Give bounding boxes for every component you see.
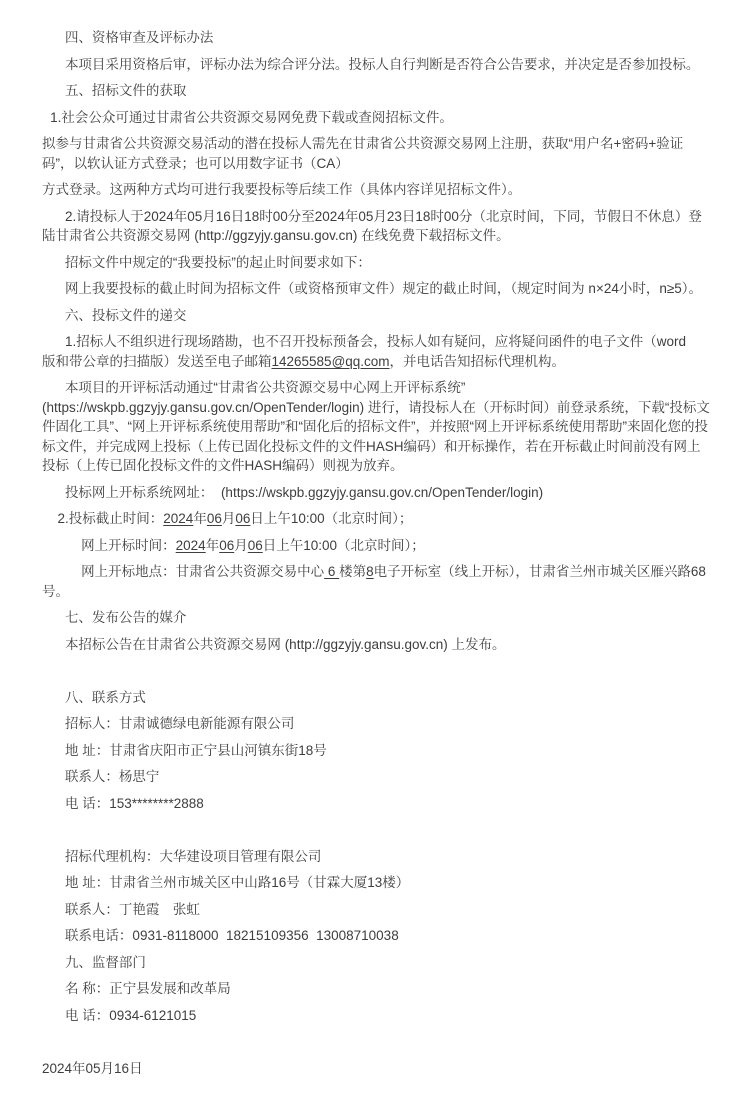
text-run: 2.请投标人于2024年05月16日18时00分至2024年05月23日18时0… — [42, 209, 702, 244]
text-run: 月 — [234, 538, 248, 553]
text-run: 网上我要投标的截止时间为招标文件（或资格预审文件）规定的截止时间，（规定时间为 … — [65, 281, 702, 296]
text-run: 2024 — [163, 511, 193, 526]
section-5-heading: 五、招标文件的获取 — [42, 81, 712, 101]
para-tenderer-address: 地 址：甘肃省庆阳市正宁县山河镇东街18号 — [42, 741, 712, 761]
text-run: 06 — [219, 538, 234, 553]
text-run: 七、发布公告的媒介 — [65, 610, 187, 625]
section-8-heading: 八、联系方式 — [42, 688, 712, 708]
para-tenderer-phone: 电 话：153********2888 — [42, 794, 712, 814]
section-6-heading: 六、投标文件的递交 — [42, 306, 712, 326]
text-run: 招标人：甘肃诚德绿电新能源有限公司 — [65, 716, 295, 731]
text-run: 联系人：丁艳霞 张虹 — [65, 902, 200, 917]
para-opening-place: 网上开标地点：甘肃省公共资源交易中心 6 楼第8电子开标室（线上开标），甘肃省兰… — [42, 562, 712, 601]
text-run: 六、投标文件的递交 — [65, 308, 187, 323]
para-no-site-visit: 1.招标人不组织进行现场踏勘，也不召开投标预备会，投标人如有疑问，应将疑问函件的… — [42, 332, 712, 371]
text-run: 月 — [222, 511, 236, 526]
section-4-heading: 四、资格审查及评标办法 — [42, 28, 712, 48]
text-run: 方式登录。这两种方式均可进行我要投标等后续工作（具体内容详见招标文件）。 — [42, 182, 521, 197]
text-run: 6 — [324, 564, 339, 579]
text-run: 网上开标地点：甘肃省公共资源交易中心 — [81, 564, 324, 579]
text-run: 拟参与甘肃省公共资源交易活动的潜在投标人需先在甘肃省公共资源交易网上注册，获取“… — [42, 136, 683, 171]
text-run: 年 — [206, 538, 220, 553]
para-opening-system-url: 投标网上开标系统网址： (https://wskpb.ggzyjy.gansu.… — [42, 483, 712, 503]
para-registration: 拟参与甘肃省公共资源交易活动的潜在投标人需先在甘肃省公共资源交易网上注册，获取“… — [42, 134, 712, 173]
para-login-methods: 方式登录。这两种方式均可进行我要投标等后续工作（具体内容详见招标文件）。 — [42, 180, 712, 200]
text-run: 招标代理机构：大华建设项目管理有限公司 — [65, 849, 322, 864]
para-evaluation-method: 本项目采用资格后审，评标办法为综合评分法。投标人自行判断是否符合公告要求，并决定… — [42, 55, 712, 75]
text-run: 八、联系方式 — [65, 690, 146, 705]
text-run: 1.社会公众可通过甘肃省公共资源交易网免费下载或查阅招标文件。 — [50, 110, 453, 125]
para-online-bid-opening: 本项目的开评标活动通过“甘肃省公共资源交易中心网上开评标系统” (https:/… — [42, 378, 712, 476]
text-run: 06 — [235, 511, 250, 526]
blank-line — [42, 661, 712, 681]
para-agency-contact: 联系人：丁艳霞 张虹 — [42, 900, 712, 920]
text-run: 日上午10:00（北京时间）； — [250, 511, 412, 526]
para-agency-name: 招标代理机构：大华建设项目管理有限公司 — [42, 847, 712, 867]
para-bid-deadline: 2.投标截止时间：2024年06月06日上午10:00（北京时间）； — [42, 509, 712, 529]
blank-line — [42, 1032, 712, 1052]
text-run: 九、监督部门 — [65, 955, 146, 970]
text-run: 联系人：杨思宁 — [65, 769, 160, 784]
text-run: 招标文件中规定的“我要投标”的起止时间要求如下： — [65, 255, 371, 270]
text-run: 楼第 — [339, 564, 366, 579]
text-run: 联系电话：0931-8118000 18215109356 1300871003… — [65, 928, 399, 943]
text-run: 地 址：甘肃省庆阳市正宁县山河镇东街18号 — [65, 743, 327, 758]
para-download-period: 2.请投标人于2024年05月16日18时00分至2024年05月23日18时0… — [42, 207, 712, 246]
para-public-download: 1.社会公众可通过甘肃省公共资源交易网免费下载或查阅招标文件。 — [42, 108, 712, 128]
text-run: 本项目的开评标活动通过“甘肃省公共资源交易中心网上开评标系统” (https:/… — [42, 380, 710, 473]
para-bid-deadline-rule: 网上我要投标的截止时间为招标文件（或资格预审文件）规定的截止时间，（规定时间为 … — [42, 279, 712, 299]
text-run: 投标网上开标系统网址： (https://wskpb.ggzyjy.gansu.… — [65, 485, 543, 500]
para-bid-time-note: 招标文件中规定的“我要投标”的起止时间要求如下： — [42, 253, 712, 273]
text-run: 网上开标时间： — [81, 538, 176, 553]
text-run: 电 话：153********2888 — [65, 796, 204, 811]
text-run: ，并电话告知招标代理机构。 — [390, 354, 566, 369]
text-run: 06 — [207, 511, 222, 526]
para-supervisor-phone: 电 话：0934-6121015 — [42, 1006, 712, 1026]
text-run: 五、招标文件的获取 — [65, 83, 187, 98]
text-run: 年 — [193, 511, 207, 526]
para-tenderer-name: 招标人：甘肃诚德绿电新能源有限公司 — [42, 714, 712, 734]
text-run: 2024年05月16日 — [42, 1061, 143, 1076]
email-link[interactable]: 14265585@qq.com — [272, 354, 390, 369]
text-run: 06 — [248, 538, 263, 553]
para-tenderer-contact: 联系人：杨思宁 — [42, 767, 712, 787]
text-run: 8 — [366, 564, 374, 579]
text-run: 四、资格审查及评标办法 — [65, 30, 214, 45]
blank-line — [42, 820, 712, 840]
text-run: 本招标公告在甘肃省公共资源交易网 (http://ggzyjy.gansu.go… — [65, 637, 506, 652]
para-agency-address: 地 址：甘肃省兰州市城关区中山路16号（甘霖大厦13楼） — [42, 873, 712, 893]
text-run: 电 话：0934-6121015 — [65, 1008, 196, 1023]
text-run: 名 称：正宁县发展和改革局 — [65, 981, 231, 996]
section-9-heading: 九、监督部门 — [42, 953, 712, 973]
text-run: 本项目采用资格后审，评标办法为综合评分法。投标人自行判断是否符合公告要求，并决定… — [65, 57, 700, 72]
para-agency-phone: 联系电话：0931-8118000 18215109356 1300871003… — [42, 926, 712, 946]
para-supervisor-name: 名 称：正宁县发展和改革局 — [42, 979, 712, 999]
text-run: 2.投标截止时间： — [58, 511, 164, 526]
para-opening-time: 网上开标时间：2024年06月06日上午10:00（北京时间）； — [42, 536, 712, 556]
para-publish-media: 本招标公告在甘肃省公共资源交易网 (http://ggzyjy.gansu.go… — [42, 635, 712, 655]
text-run: 地 址：甘肃省兰州市城关区中山路16号（甘霖大厦13楼） — [65, 875, 409, 890]
document-body: 四、资格审查及评标办法本项目采用资格后审，评标办法为综合评分法。投标人自行判断是… — [0, 0, 754, 1105]
text-run: 日上午10:00（北京时间）； — [263, 538, 425, 553]
text-run: 2024 — [176, 538, 206, 553]
para-announcement-date: 2024年05月16日 — [42, 1059, 712, 1079]
section-7-heading: 七、发布公告的媒介 — [42, 608, 712, 628]
tender-announcement-page: { "page": { "background": "#ffffff", "te… — [0, 0, 754, 1105]
